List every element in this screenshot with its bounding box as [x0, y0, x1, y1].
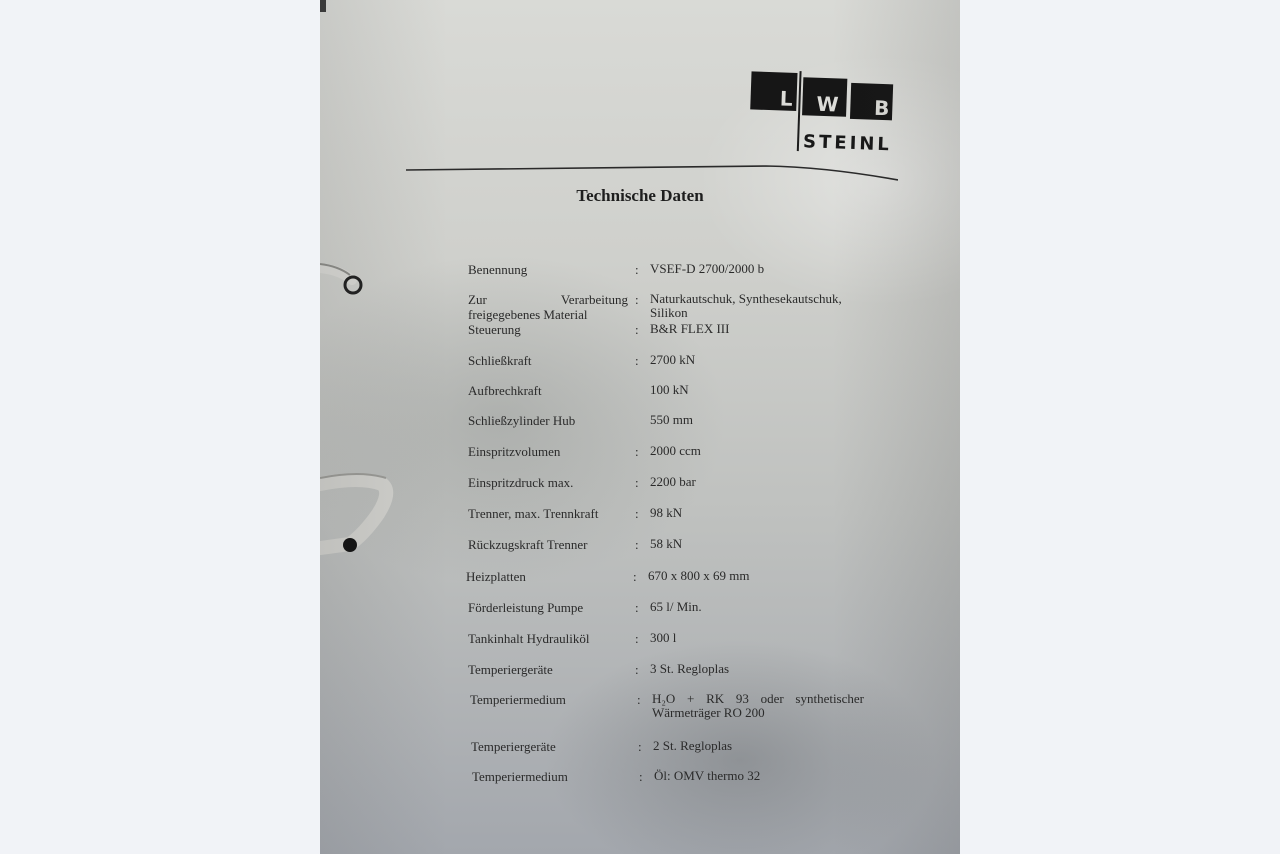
spec-value: 2 St. Regloplas	[653, 739, 873, 753]
spec-label: Steuerung	[468, 322, 628, 337]
spec-colon: :	[635, 537, 639, 553]
logo-divider	[797, 71, 802, 151]
spec-colon: :	[635, 600, 639, 616]
spec-value: 98 kN	[650, 506, 870, 520]
page-title: Technische Daten	[320, 186, 960, 206]
spec-colon: :	[635, 475, 639, 491]
spec-label: Heizplatten	[466, 569, 626, 584]
logo-block-w: W	[802, 77, 847, 117]
spec-label: Schließzylinder Hub	[468, 413, 628, 428]
spec-value-line2: Wärmeträger RO 200	[652, 706, 872, 720]
spec-colon: :	[633, 569, 637, 585]
spec-colon: :	[637, 692, 641, 708]
spec-label: Temperiergeräte	[468, 662, 628, 677]
header-rule	[406, 165, 898, 185]
spec-value: 550 mm	[650, 413, 870, 427]
spec-label: Schließkraft	[468, 353, 628, 368]
spec-value: 2200 bar	[650, 475, 870, 489]
spec-value-line1: Naturkautschuk, Synthesekautschuk,	[650, 292, 870, 306]
spec-value: VSEF-D 2700/2000 b	[650, 262, 870, 276]
spec-colon: :	[638, 739, 642, 755]
spec-colon: :	[635, 353, 639, 369]
spec-label-line2: freigegebenes Material	[468, 307, 628, 322]
spec-label: Aufbrechkraft	[468, 383, 628, 398]
document-photo: L W B STEINL Technische Daten Benennung …	[320, 0, 960, 854]
spec-colon: :	[635, 444, 639, 460]
spec-value: Öl: OMV thermo 32	[654, 769, 874, 783]
logo-block-l: L	[750, 71, 797, 111]
spec-value: 300 l	[650, 631, 870, 645]
spec-label: Förderleistung Pumpe	[468, 600, 628, 615]
spec-label-line1: Zur Verarbeitung	[468, 292, 628, 307]
spec-colon: :	[635, 631, 639, 647]
spec-colon: :	[635, 322, 639, 338]
logo-block-b: B	[850, 83, 893, 120]
spec-colon: :	[635, 262, 639, 278]
spec-label: Temperiermedium	[472, 769, 632, 784]
spec-label: Temperiergeräte	[471, 739, 631, 754]
spec-label: Einspritzdruck max.	[468, 475, 628, 490]
photo-edge-shadow	[320, 0, 326, 12]
spec-colon: :	[635, 506, 639, 522]
binder-ring-top	[320, 258, 380, 302]
spec-value: 3 St. Regloplas	[650, 662, 870, 676]
spec-value: 2000 ccm	[650, 444, 870, 458]
lwb-steinl-logo: L W B STEINL	[748, 69, 901, 164]
logo-subtitle: STEINL	[803, 131, 892, 155]
spec-label: Trenner, max. Trennkraft	[468, 506, 628, 521]
spec-colon: :	[639, 769, 643, 785]
spec-value: 58 kN	[650, 537, 870, 551]
spec-label: Rückzugskraft Trenner	[468, 537, 628, 552]
spec-value: 65 l/ Min.	[650, 600, 870, 614]
binder-ring-bottom	[320, 470, 410, 560]
spec-colon: :	[635, 292, 639, 308]
spec-value-line2: Silikon	[650, 306, 870, 320]
spec-value: 670 x 800 x 69 mm	[648, 569, 868, 583]
spec-value-line1: H₂O + RK 93 oder synthetischer	[652, 692, 864, 706]
spec-value: 100 kN	[650, 383, 870, 397]
spec-label: Temperiermedium	[470, 692, 630, 707]
spec-value: B&R FLEX III	[650, 322, 870, 336]
spec-label: Einspritzvolumen	[468, 444, 628, 459]
spec-label: Tankinhalt Hydrauliköl	[468, 631, 628, 646]
spec-colon: :	[635, 662, 639, 678]
spec-label: Benennung	[468, 262, 628, 277]
spec-value: 2700 kN	[650, 353, 870, 367]
